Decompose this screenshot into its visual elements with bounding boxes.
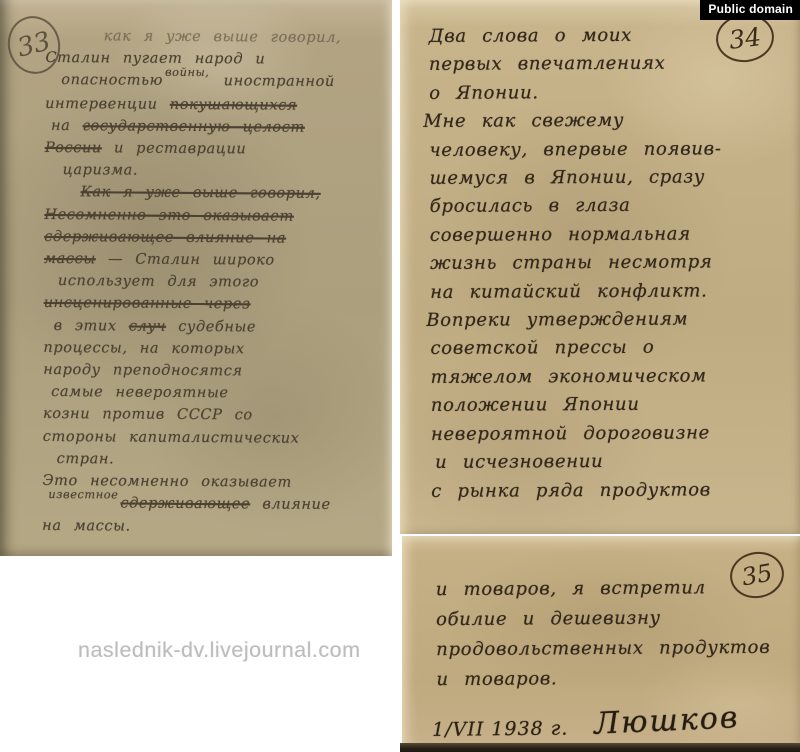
public-domain-badge: Public domain xyxy=(700,0,800,20)
handwriting-line: советской прессы о xyxy=(430,333,794,363)
signature: Люшков xyxy=(594,700,741,742)
handwritten-text: и товаров. xyxy=(436,668,557,690)
handwritten-text: опасностью xyxy=(61,72,163,89)
handwritten-text: козни против СССР со xyxy=(43,406,253,423)
handwriting-line: на государственную целост xyxy=(51,115,385,140)
handwriting-line: с рынка ряда продуктов xyxy=(431,475,795,505)
handwritten-text: о Японии. xyxy=(429,82,539,104)
handwriting-line: народу преподносятся xyxy=(43,359,383,384)
handwriting-line: известноесдерживающее влияние xyxy=(46,492,382,518)
handwriting-line: первых впечатлениях xyxy=(429,49,793,79)
handwritten-text: на xyxy=(51,118,83,134)
handwritten-text: известное xyxy=(48,484,118,507)
handwriting-line: козни против СССР со xyxy=(43,403,383,428)
handwriting-line: Сталин пугает народ и xyxy=(45,47,385,72)
handwritten-text: и товаров, я встретил xyxy=(436,577,706,600)
handwritten-text: Сталин пугает народ и xyxy=(45,50,265,68)
handwritten-text: как я уже выше говорил, xyxy=(104,28,342,46)
handwriting-line: сдерживающее влияние на xyxy=(44,226,384,251)
handwriting-line: самые невероятные xyxy=(51,381,383,406)
handwriting-line: опасностьювойны, иностранной xyxy=(61,69,385,94)
handwritten-text: на китайский конфликт. xyxy=(430,280,707,302)
handwriting-line: в этих случ судебные xyxy=(54,315,384,340)
struck-text: Как я уже выше говорил, xyxy=(80,185,320,203)
handwritten-text: совершенно нормальная xyxy=(430,223,691,245)
handwriting-line: на массы. xyxy=(42,515,382,540)
handwritten-text: — Сталин широко xyxy=(96,251,275,268)
handwritten-text: и исчезновении xyxy=(435,451,603,473)
handwriting-line: царизма. xyxy=(63,159,385,183)
handwriting-line: массы — Сталин широко xyxy=(44,248,384,273)
handwritten-text: Мне как свежему xyxy=(423,110,624,132)
watermark-text: naslednik-dv.livejournal.com xyxy=(78,638,360,663)
handwriting-line: человеку, впервые появив- xyxy=(429,135,793,165)
handwritten-text: народу преподносятся xyxy=(43,362,242,379)
handwritten-text: иностранной xyxy=(211,74,335,91)
date-signature-row: 1/VII 1938 г. Люшков xyxy=(432,702,800,741)
handwriting-line: Вопреки утверждениям xyxy=(426,305,794,335)
scan-edge-bottom xyxy=(400,743,800,752)
handwritten-text: человеку, впервые появив- xyxy=(429,138,721,161)
handwritten-text: с рынка ряда продуктов xyxy=(431,479,711,501)
handwritten-text: Вопреки утверждениям xyxy=(426,309,688,331)
handwriting-line: о Японии. xyxy=(429,78,793,108)
handwriting-line: как я уже выше говорил, xyxy=(104,25,386,49)
handwritten-text: войны, xyxy=(165,62,210,85)
struck-text: покушающихся xyxy=(170,96,297,113)
handwriting-line: использует для этого xyxy=(58,270,384,294)
handwriting-line: и товаров. xyxy=(436,663,794,695)
handwriting-line: стран. xyxy=(57,448,383,472)
handwriting-line: положении Японии xyxy=(431,390,795,420)
handwritten-text: и реставрации xyxy=(102,140,247,157)
handwritten-text: судебные xyxy=(166,318,256,335)
handwriting-line: Несомненно это оказывает xyxy=(44,204,384,229)
handwritten-text: советской прессы о xyxy=(430,337,654,359)
handwriting-line: стороны капиталистических xyxy=(43,426,383,451)
handwritten-text: стран. xyxy=(57,451,115,467)
manuscript-page-33: 33 как я уже выше говорил,Сталин пугает … xyxy=(0,0,392,556)
handwriting-line: и товаров, я встретил xyxy=(436,573,794,605)
manuscript-page-34: 34 Два слова о моихпервых впечатленияхо … xyxy=(400,0,800,534)
handwriting-block: как я уже выше говорил,Сталин пугает нар… xyxy=(0,0,394,540)
handwriting-line: продовольственных продуктов xyxy=(436,633,794,665)
handwritten-text: бросилась в глаза xyxy=(430,195,631,217)
handwriting-block: и товаров, я встретилобилие и дешевизнуп… xyxy=(401,535,800,696)
handwritten-text: обилие и дешевизну xyxy=(436,608,661,631)
handwriting-line: интервенции покушающихся xyxy=(45,93,385,118)
handwriting-line: шемуся в Японии, сразу xyxy=(430,163,794,193)
struck-text: России xyxy=(45,140,102,156)
handwriting-line: Как я уже выше говорил, xyxy=(80,182,384,206)
struck-text: государственную целост xyxy=(83,118,305,136)
manuscript-date: 1/VII 1938 г. xyxy=(432,717,569,740)
handwritten-text: самые невероятные xyxy=(51,384,229,401)
handwriting-line: невероятной дороговизне xyxy=(431,419,795,449)
handwritten-text: процессы, на которых xyxy=(43,340,244,357)
handwritten-text: первых впечатлениях xyxy=(429,53,666,75)
handwritten-text: жизнь страны несмотря xyxy=(430,252,713,274)
handwritten-text: Два слова о моих xyxy=(429,25,632,47)
handwritten-text: шемуся в Японии, сразу xyxy=(430,166,706,188)
struck-text: случ xyxy=(129,318,166,334)
handwriting-line: процессы, на которых xyxy=(43,337,383,362)
handwriting-line: Два слова о моих xyxy=(429,21,793,51)
struck-text: инсценированные через xyxy=(44,295,251,312)
handwritten-text: продовольственных продуктов xyxy=(436,637,770,660)
handwritten-text: использует для этого xyxy=(58,273,259,290)
handwriting-line: инсценированные через xyxy=(44,292,384,317)
handwriting-line: Мне как свежему xyxy=(423,106,793,136)
struck-text: сдерживающее xyxy=(120,496,250,513)
handwriting-line: обилие и дешевизну xyxy=(436,603,794,635)
handwriting-line: совершенно нормальная xyxy=(430,220,794,250)
manuscript-page-35: 35 и товаров, я встретилобилие и дешевиз… xyxy=(402,536,800,744)
handwritten-text: в этих xyxy=(54,318,129,335)
handwritten-text: царизма. xyxy=(63,162,138,179)
handwriting-line: и исчезновении xyxy=(435,447,795,477)
struck-text: сдерживающее влияние на xyxy=(44,229,286,247)
struck-text: Несомненно это оказывает xyxy=(44,207,294,225)
manuscript-scan: 33 как я уже выше говорил,Сталин пугает … xyxy=(0,0,800,752)
handwritten-text: стороны капиталистических xyxy=(43,429,300,447)
handwriting-line: на китайский конфликт. xyxy=(430,277,794,307)
handwritten-text: невероятной дороговизне xyxy=(431,422,710,444)
handwriting-line: тяжелом экономическом xyxy=(431,362,795,392)
handwritten-text: положении Японии xyxy=(431,394,640,416)
handwriting-line: жизнь страны несмотря xyxy=(430,248,794,278)
handwritten-text: тяжелом экономическом xyxy=(431,365,707,387)
handwritten-text: на массы. xyxy=(42,518,131,535)
handwriting-block: Два слова о моихпервых впечатленияхо Япо… xyxy=(399,0,800,506)
handwriting-line: бросилась в глаза xyxy=(430,191,794,221)
handwritten-text: влияние xyxy=(250,497,331,514)
handwritten-text: интервенции xyxy=(45,96,170,113)
struck-text: массы xyxy=(44,251,96,267)
handwriting-line: России и реставрации xyxy=(45,137,385,162)
